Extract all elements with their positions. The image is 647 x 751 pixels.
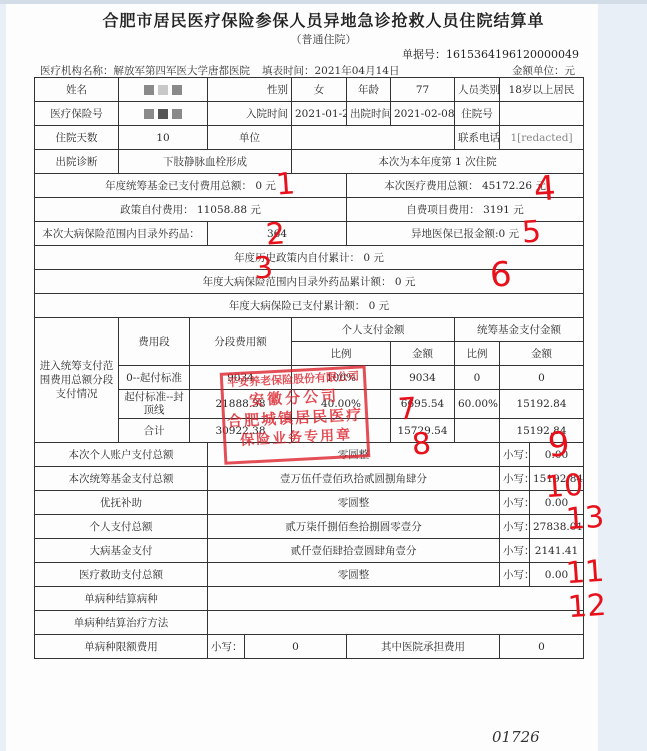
segment-section-label: 进入统筹支付范围费用总额分段支付情况 — [35, 318, 119, 443]
phone-label: 联系电话 — [455, 126, 500, 150]
diagnosis-value: 下肢静脉血栓形成 — [119, 150, 292, 174]
small-label: 小写： — [500, 563, 530, 587]
institution-name: 解放军第四军医大学唐都医院 — [114, 65, 251, 77]
policy-self-pay: 政策自付费用： 11058.88 元 — [35, 198, 347, 222]
annotation-mark: 11 — [565, 557, 605, 590]
treatment-method-value — [208, 611, 584, 635]
payment-uppercase: 壹万伍仟壹佰玖拾贰圆捌角肆分 — [208, 467, 500, 491]
row-limit-cost: 单病种限额费用 小写： 0 其中医院承担费用 0 — [35, 635, 584, 659]
bill-number: 单据号：1615364196120000049 — [402, 46, 579, 62]
fund-ratio — [455, 419, 500, 443]
payment-label: 医疗救助支付总额 — [35, 563, 208, 587]
treatment-method-label: 单病种结算治疗方法 — [35, 611, 208, 635]
payment-uppercase: 零圆整 — [208, 563, 500, 587]
bill-number-label: 单据号： — [402, 48, 446, 61]
admit-date: 2021-01-29 — [292, 102, 347, 126]
name-value — [119, 78, 208, 102]
row-diagnosis: 出院诊断 下肢静脉血栓形成 本次为本年度第 1 次住院 — [35, 150, 584, 174]
handwritten-number: 01726 — [492, 728, 540, 746]
unit-value: 元 — [565, 65, 576, 77]
fund-ratio: 60.00% — [455, 390, 500, 419]
amount-unit: 金额单位：元 — [512, 63, 575, 78]
redaction-block — [158, 85, 168, 95]
employer-label: 单位 — [208, 126, 292, 150]
payment-label: 本次个人账户支付总额 — [35, 443, 208, 467]
segment-name: 起付标准--封顶线 — [119, 390, 190, 419]
name-label: 姓名 — [35, 78, 119, 102]
hospital-bear-value: 0 — [500, 635, 584, 659]
fill-date-value: 2021年04月14日 — [315, 65, 400, 77]
institution: 医疗机构名称：解放军第四军医大学唐都医院 — [40, 63, 250, 78]
annotation-mark: 4 — [533, 171, 557, 206]
age-label: 年龄 — [347, 78, 391, 102]
days-label: 住院天数 — [35, 126, 119, 150]
annotation-mark: 2 — [265, 219, 286, 250]
redaction-block — [172, 109, 182, 119]
fund-ratio-header: 比例 — [455, 342, 500, 366]
fund-amount: 15192.84 — [500, 419, 584, 443]
personal-amount-header: 金额 — [391, 342, 455, 366]
segment-col-header: 费用段 — [119, 318, 190, 366]
annotation-mark: 8 — [411, 429, 432, 460]
document-subtitle: （普通住院） — [0, 31, 647, 47]
fund-ratio: 0 — [455, 366, 500, 390]
discharge-label: 出院时间 — [347, 102, 391, 126]
row-patient-2: 医疗保险号 入院时间 2021-01-29 出院时间 2021-02-08 住院… — [35, 102, 584, 126]
institution-label: 医疗机构名称： — [40, 65, 114, 77]
row-summary-3: 本次大病保险范围内目录外药品： 364 异地医保已报金额:0 元 — [35, 222, 584, 246]
fund-pay-header: 统筹基金支付金额 — [455, 318, 584, 342]
annotation-mark: 3 — [253, 253, 274, 284]
employer-value — [292, 126, 455, 150]
annotation-mark: 9 — [547, 427, 571, 462]
row-patient-3: 住院天数 10 单位 联系电话 1[redacted] — [35, 126, 584, 150]
payment-label: 个人支付总额 — [35, 515, 208, 539]
document-title: 合肥市居民医疗保险参保人员异地急诊抢救人员住院结算单 — [0, 8, 647, 31]
category-value: 18岁以上居民 — [500, 78, 584, 102]
inpatient-no-value — [500, 102, 584, 126]
settle-disease-value — [208, 587, 584, 611]
category-label: 人员类别 — [455, 78, 500, 102]
gender-value: 女 — [292, 78, 347, 102]
payment-uppercase: 贰万柒仟捌佰叁拾捌圆零壹分 — [208, 515, 500, 539]
phone-value: 1[redacted] — [500, 126, 584, 150]
segment-name: 0--起付标准 — [119, 366, 190, 390]
fill-date: 填表时间：2021年04月14日 — [262, 63, 399, 78]
row-treatment-method: 单病种结算治疗方法 — [35, 611, 584, 635]
settle-disease-label: 单病种结算病种 — [35, 587, 208, 611]
payment-uppercase: 零圆整 — [208, 491, 500, 515]
personal-ratio-header: 比例 — [292, 342, 391, 366]
insurance-no-label: 医疗保险号 — [35, 102, 119, 126]
limit-cost-label: 单病种限额费用 — [35, 635, 208, 659]
payment-row: 个人支付总额 贰万柒仟捌佰叁拾捌圆零壹分 小写： 27838.01 — [35, 515, 584, 539]
redaction-block — [172, 85, 182, 95]
payment-uppercase: 贰仟壹佰肆拾壹圆肆角壹分 — [208, 539, 500, 563]
row-summary-2: 政策自付费用： 11058.88 元 自费项目费用： 3191 元 — [35, 198, 584, 222]
segment-header-1: 进入统筹支付范围费用总额分段支付情况 费用段 分段费用额 个人支付金额 统筹基金… — [35, 318, 584, 342]
row-single-disease: 单病种结算病种 — [35, 587, 584, 611]
payment-row: 医疗救助支付总额 零圆整 小写： 0.00 — [35, 563, 584, 587]
limit-cost-value: 0 — [245, 635, 347, 659]
fund-amount: 0 — [500, 366, 584, 390]
small-label: 小写： — [500, 491, 530, 515]
annotation-mark: 13 — [565, 503, 605, 536]
payment-label: 大病基金支付 — [35, 539, 208, 563]
hospital-bear-label: 其中医院承担费用 — [347, 635, 500, 659]
row-summary-6: 年度大病保险已支付累计额： 0 元 — [35, 294, 584, 318]
small-label: 小写： — [500, 443, 530, 467]
small-label: 小写： — [500, 515, 530, 539]
diagnosis-label: 出院诊断 — [35, 150, 119, 174]
fill-date-label: 填表时间： — [262, 65, 315, 77]
payment-label: 本次统筹基金支付总额 — [35, 467, 208, 491]
admit-label: 入院时间 — [208, 102, 292, 126]
inpatient-no-label: 住院号 — [455, 102, 500, 126]
small-label: 小写： — [500, 539, 530, 563]
days-value: 10 — [119, 126, 208, 150]
annual-serious-paid-cumulative: 年度大病保险已支付累计额： 0 元 — [35, 294, 584, 318]
annotation-mark: 6 — [489, 257, 513, 292]
discharge-date: 2021-02-08 — [391, 102, 455, 126]
remote-reimbursed: 异地医保已报金额:0 元 — [347, 222, 584, 246]
bill-number-value: 1615364196120000049 — [446, 48, 579, 61]
fund-amount-header: 金额 — [500, 342, 584, 366]
row-patient-1: 姓名 性别 女 年龄 77 人员类别 18岁以上居民 — [35, 78, 584, 102]
annotation-mark: 1 — [275, 169, 296, 200]
segment-name: 合计 — [119, 419, 190, 443]
payment-row: 本次统筹基金支付总额 壹万伍仟壹佰玖拾贰圆捌角肆分 小写： 15192.84 — [35, 467, 584, 491]
phone-text: 1[redacted] — [510, 132, 572, 144]
insurance-no-value — [119, 102, 208, 126]
annotation-mark: 7 — [397, 394, 418, 425]
limit-small-label: 小写： — [208, 635, 245, 659]
personal-pay-header: 个人支付金额 — [292, 318, 455, 342]
segment-amount-header: 分段费用额 — [190, 318, 292, 366]
annual-fund-paid: 年度统筹基金已支付费用总额： 0 元 — [35, 174, 347, 198]
fund-amount: 15192.84 — [500, 390, 584, 419]
unit-label: 金额单位： — [512, 65, 565, 77]
payment-label: 优抚补助 — [35, 491, 208, 515]
payment-row: 优抚补助 零圆整 小写： 0.00 — [35, 491, 584, 515]
row-summary-1: 年度统筹基金已支付费用总额： 0 元 本次医疗费用总额： 45172.26 元 — [35, 174, 584, 198]
annotation-mark: 5 — [521, 217, 542, 248]
official-stamp: 平安养老保险股份有限公司 安徽分公司 合肥城镇居民医疗 保险业务专用章 — [220, 365, 371, 465]
age-value: 77 — [391, 78, 455, 102]
outside-drugs-label: 本次大病保险范围内目录外药品： — [35, 222, 208, 246]
annotation-mark: 12 — [567, 591, 607, 624]
redaction-block — [144, 85, 154, 95]
redaction-block — [158, 109, 168, 119]
payment-row: 大病基金支付 贰仟壹佰肆拾壹圆肆角壹分 小写： 2141.41 — [35, 539, 584, 563]
personal-amount: 9034 — [391, 366, 455, 390]
small-label: 小写： — [500, 467, 530, 491]
annotation-mark: 10 — [544, 471, 584, 504]
redaction-block — [144, 109, 154, 119]
gender-label: 性别 — [208, 78, 292, 102]
